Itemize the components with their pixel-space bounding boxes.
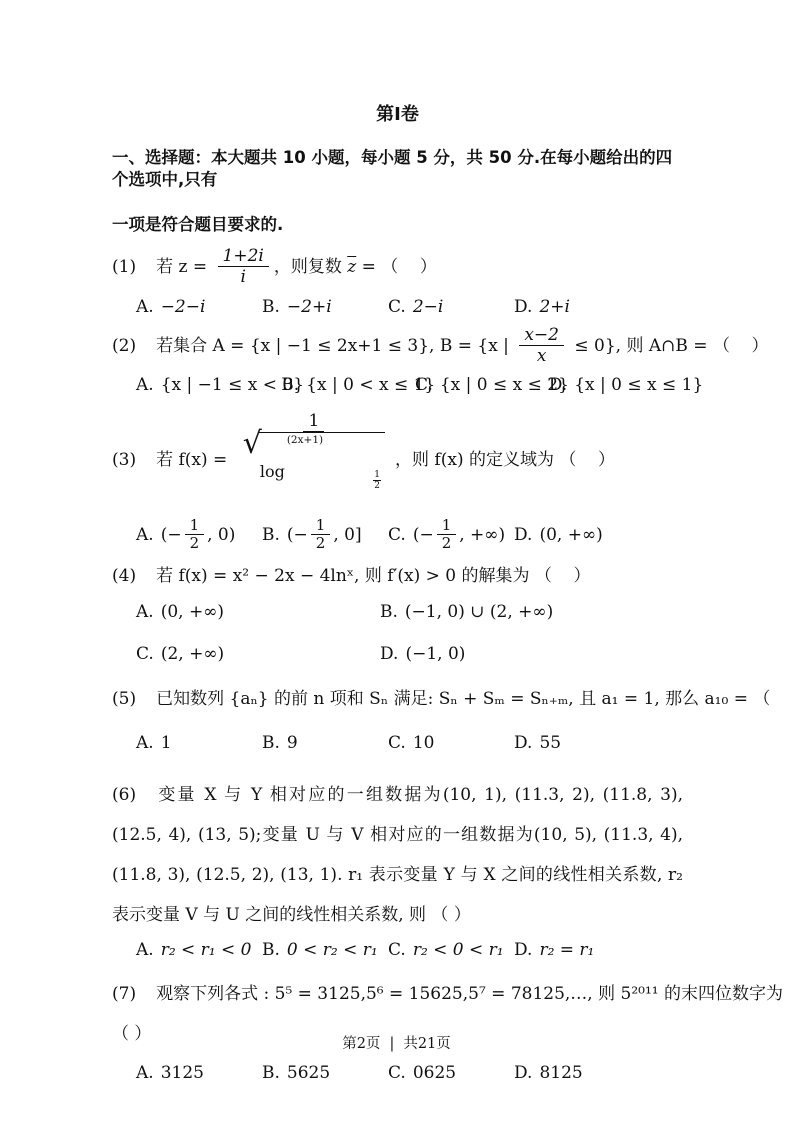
fraction-numerator: 1 <box>311 517 331 535</box>
question-number: (2) <box>112 335 136 357</box>
question-3-stem: (3) 若 f(x) = 1 √ log (2x+1) 1 2 <box>112 411 683 508</box>
option-text: −2−i <box>161 297 206 317</box>
option-label: A. <box>136 525 154 545</box>
option-text: (0, +∞) <box>539 525 602 545</box>
option-label: A. <box>136 940 154 960</box>
option-label: B. <box>281 375 299 395</box>
footer-total-pages: 共21页 <box>403 1036 450 1052</box>
option-text: −2+i <box>287 297 332 317</box>
stem-text: 若 f(x) = <box>156 449 233 471</box>
question-number: (6) <box>112 785 136 805</box>
question-2-option-a: A.{x | −1 ≤ x < 0} <box>136 375 281 395</box>
half-denominator: 2 <box>373 481 381 491</box>
fraction: 1 √ log (2x+1) 1 2 <box>238 411 390 508</box>
question-4-option-b: B.(−1, 0) ∪ (2, +∞) <box>380 601 683 623</box>
question-2-option-d: D.{x | 0 ≤ x ≤ 1} <box>549 375 683 395</box>
fraction-numerator: 1+2i <box>218 246 269 267</box>
question-7-option-b: B.5625 <box>262 1063 388 1083</box>
fraction: 12 <box>437 517 457 552</box>
option-text: (−1, 0) <box>405 643 465 665</box>
question-5-stem: (5) 已知数列 {aₙ} 的前 n 项和 Sₙ 满足: Sₙ + Sₘ = S… <box>112 688 683 710</box>
question-2-option-b: B.{x | 0 < x ≤ 1} <box>281 375 415 395</box>
option-label: D. <box>514 297 532 317</box>
question-6-option-a: A.r₂ < r₁ < 0 <box>136 940 262 960</box>
question-4-option-a: A.(0, +∞) <box>136 601 380 623</box>
question-3-options: A.(−12, 0) B.(−12, 0] C.(−12, +∞) D.(0, … <box>112 517 683 552</box>
question-6-stem: (6)变量 X 与 Y 相对应的一组数据为(10, 1), (11.3, 2),… <box>112 775 683 935</box>
option-label: B. <box>380 601 398 623</box>
option-text: 2−i <box>413 297 444 317</box>
question-3-option-b: B.(−12, 0] <box>262 517 388 552</box>
stem-text: ，则 f(x) 的定义域为 （ ） <box>395 449 615 471</box>
option-text: (− <box>413 525 434 545</box>
fraction: 12 <box>311 517 331 552</box>
question-4-stem: (4) 若 f(x) = x² − 2x − 4lnˣ, 则 f′(x) > 0… <box>112 565 683 587</box>
fraction-denominator: x <box>532 346 552 366</box>
stem-text: ≤ 0}, 则 A∩B = （ ） <box>569 335 769 357</box>
option-label: C. <box>388 525 406 545</box>
option-text: (0, +∞) <box>161 601 224 623</box>
option-label: A. <box>136 297 154 317</box>
question-2-options: A.{x | −1 ≤ x < 0} B.{x | 0 < x ≤ 1} C.{… <box>112 375 683 395</box>
section-intro-line-2: 一项是符合题目要求的. <box>112 214 683 236</box>
option-text: , +∞) <box>459 525 505 545</box>
question-4-options: A.(0, +∞) B.(−1, 0) ∪ (2, +∞) C.(2, +∞) … <box>112 601 683 665</box>
fraction-denominator: 2 <box>311 535 331 552</box>
fraction-numerator: 1 <box>303 411 324 432</box>
stem-text: 观察下列各式 : 5⁵ = 3125,5⁶ = 15625,5⁷ = 78125… <box>156 984 783 1004</box>
option-label: D. <box>380 643 398 665</box>
fraction-numerator: x−2 <box>519 325 564 346</box>
option-text: 0 < r₂ < r₁ <box>287 940 378 960</box>
option-text: (− <box>161 525 182 545</box>
option-label: A. <box>136 1063 154 1083</box>
option-label: D. <box>514 733 532 753</box>
question-1-option-c: C.2−i <box>388 297 514 317</box>
exam-document-page: 第Ⅰ卷 一、选择题：本大题共 10 小题，每小题 5 分，共 50 分.在每小题… <box>0 0 793 1122</box>
sqrt-radicand: log (2x+1) 1 2 <box>258 432 385 508</box>
question-6-option-d: D.r₂ = r₁ <box>514 940 640 960</box>
question-7-option-c: C.0625 <box>388 1063 514 1083</box>
question-6: (6)变量 X 与 Y 相对应的一组数据为(10, 1), (11.3, 2),… <box>112 775 683 960</box>
option-text: (− <box>287 525 308 545</box>
option-text: 1 <box>161 733 172 753</box>
question-number: (4) <box>112 565 136 587</box>
half-fraction: 1 2 <box>373 470 381 492</box>
sqrt-icon: √ <box>243 429 262 459</box>
option-text: r₂ < r₁ < 0 <box>161 940 252 960</box>
option-text: 55 <box>539 733 561 753</box>
option-text: r₂ = r₁ <box>539 940 594 960</box>
log-sup-sub: (2x+1) 1 2 <box>287 435 381 508</box>
question-1-stem: (1) 若 z = 1+2i i ，则复数 z = （ ） <box>112 246 683 287</box>
option-label: D. <box>549 375 567 395</box>
option-label: C. <box>388 1063 406 1083</box>
question-7-stem: (7)观察下列各式 : 5⁵ = 3125,5⁶ = 15625,5⁷ = 78… <box>112 974 683 1014</box>
question-number: (5) <box>112 688 136 710</box>
question-5-option-a: A.1 <box>136 733 262 753</box>
question-number: (1) <box>112 256 136 278</box>
question-4-option-d: D.(−1, 0) <box>380 643 683 665</box>
question-1-option-d: D.2+i <box>514 297 640 317</box>
option-label: D. <box>514 940 532 960</box>
fraction-numerator: 1 <box>185 517 205 535</box>
question-7-options: A.3125 B.5625 C.0625 D.8125 <box>112 1063 683 1083</box>
half-numerator: 1 <box>373 470 381 481</box>
question-5-option-d: D.55 <box>514 733 640 753</box>
fraction: 12 <box>185 517 205 552</box>
question-5: (5) 已知数列 {aₙ} 的前 n 项和 Sₙ 满足: Sₙ + Sₘ = S… <box>112 688 683 753</box>
option-label: B. <box>262 733 280 753</box>
question-6-option-b: B.0 < r₂ < r₁ <box>262 940 388 960</box>
fraction-denominator: 2 <box>437 535 457 552</box>
question-1-option-b: B.−2+i <box>262 297 388 317</box>
question-7: (7)观察下列各式 : 5⁵ = 3125,5⁶ = 15625,5⁷ = 78… <box>112 974 683 1083</box>
stem-text: 若集合 A = {x | −1 ≤ 2x+1 ≤ 3}, B = {x | <box>156 335 514 357</box>
option-label: C. <box>415 375 433 395</box>
option-label: B. <box>262 297 280 317</box>
question-4: (4) 若 f(x) = x² − 2x − 4lnˣ, 则 f′(x) > 0… <box>112 565 683 665</box>
question-5-options: A.1 B.9 C.10 D.55 <box>112 733 683 753</box>
stem-text: 变量 X 与 Y 相对应的一组数据为(10, 1), (11.3, 2), (1… <box>112 785 683 925</box>
option-label: C. <box>388 297 406 317</box>
footer-page-number: 第2页 <box>342 1036 380 1052</box>
question-2-stem: (2) 若集合 A = {x | −1 ≤ 2x+1 ≤ 3}, B = {x … <box>112 325 683 366</box>
option-label: A. <box>136 601 154 623</box>
fraction-denominator: i <box>235 267 250 287</box>
question-3: (3) 若 f(x) = 1 √ log (2x+1) 1 2 <box>112 411 683 552</box>
option-text: , 0) <box>207 525 235 545</box>
option-label: A. <box>136 733 154 753</box>
log-subscript: 1 2 <box>287 447 381 509</box>
option-label: C. <box>136 643 154 665</box>
option-text: 9 <box>287 733 298 753</box>
question-6-options: A.r₂ < r₁ < 0 B.0 < r₂ < r₁ C.r₂ < 0 < r… <box>112 940 683 960</box>
option-label: B. <box>262 940 280 960</box>
question-7-option-a: A.3125 <box>136 1063 262 1083</box>
option-text: , 0] <box>333 525 361 545</box>
stem-text: 已知数列 {aₙ} 的前 n 项和 Sₙ 满足: Sₙ + Sₘ = Sₙ₊ₘ,… <box>156 688 793 710</box>
stem-text: = （ ） <box>356 256 437 278</box>
fraction-denominator: √ log (2x+1) 1 2 <box>238 432 390 508</box>
question-number: (3) <box>112 449 136 471</box>
option-text: (2, +∞) <box>161 643 224 665</box>
option-label: B. <box>262 1063 280 1083</box>
option-text: 5625 <box>287 1063 330 1083</box>
option-text: 8125 <box>539 1063 582 1083</box>
question-3-option-c: C.(−12, +∞) <box>388 517 514 552</box>
option-label: C. <box>388 940 406 960</box>
option-text: 3125 <box>161 1063 204 1083</box>
footer-separator: | <box>389 1036 394 1052</box>
question-5-option-b: B.9 <box>262 733 388 753</box>
option-label: B. <box>262 525 280 545</box>
question-2-option-c: C.{x | 0 ≤ x ≤ 2} <box>415 375 549 395</box>
option-text: 10 <box>413 733 435 753</box>
option-text: r₂ < 0 < r₁ <box>413 940 504 960</box>
fraction-denominator: 2 <box>185 535 205 552</box>
question-4-option-c: C.(2, +∞) <box>136 643 380 665</box>
log-superscript: (2x+1) <box>287 435 323 446</box>
question-1-option-a: A.−2−i <box>136 297 262 317</box>
question-3-option-d: D.(0, +∞) <box>514 525 640 545</box>
section-intro-line-1: 一、选择题：本大题共 10 小题，每小题 5 分，共 50 分.在每小题给出的四… <box>112 147 683 191</box>
conjugate-z-overline: z <box>347 256 356 278</box>
log-text: log <box>260 464 285 480</box>
question-number: (7) <box>112 984 136 1004</box>
question-2: (2) 若集合 A = {x | −1 ≤ 2x+1 ≤ 3}, B = {x … <box>112 325 683 395</box>
question-6-option-c: C.r₂ < 0 < r₁ <box>388 940 514 960</box>
option-text: 0625 <box>413 1063 456 1083</box>
page-title: 第Ⅰ卷 <box>112 104 683 126</box>
fraction-numerator: 1 <box>437 517 457 535</box>
fraction: 1+2i i <box>218 246 269 287</box>
fraction: x−2 x <box>519 325 564 366</box>
option-text: {x | 0 ≤ x ≤ 1} <box>574 375 703 395</box>
option-text: (−1, 0) ∪ (2, +∞) <box>405 601 553 623</box>
option-text: 2+i <box>539 297 570 317</box>
page-footer: 第2页|共21页 <box>0 1033 793 1055</box>
question-1: (1) 若 z = 1+2i i ，则复数 z = （ ） A.−2−i B.−… <box>112 246 683 317</box>
option-label: C. <box>388 733 406 753</box>
question-1-options: A.−2−i B.−2+i C.2−i D.2+i <box>112 297 683 317</box>
stem-text: 若 z = <box>156 256 212 278</box>
question-7-option-d: D.8125 <box>514 1063 640 1083</box>
option-label: D. <box>514 1063 532 1083</box>
stem-text: ，则复数 <box>274 256 347 278</box>
stem-text: 若 f(x) = x² − 2x − 4lnˣ, 则 f′(x) > 0 的解集… <box>156 565 590 587</box>
option-label: D. <box>514 525 532 545</box>
question-3-option-a: A.(−12, 0) <box>136 517 262 552</box>
option-label: A. <box>136 375 154 395</box>
question-5-option-c: C.10 <box>388 733 514 753</box>
